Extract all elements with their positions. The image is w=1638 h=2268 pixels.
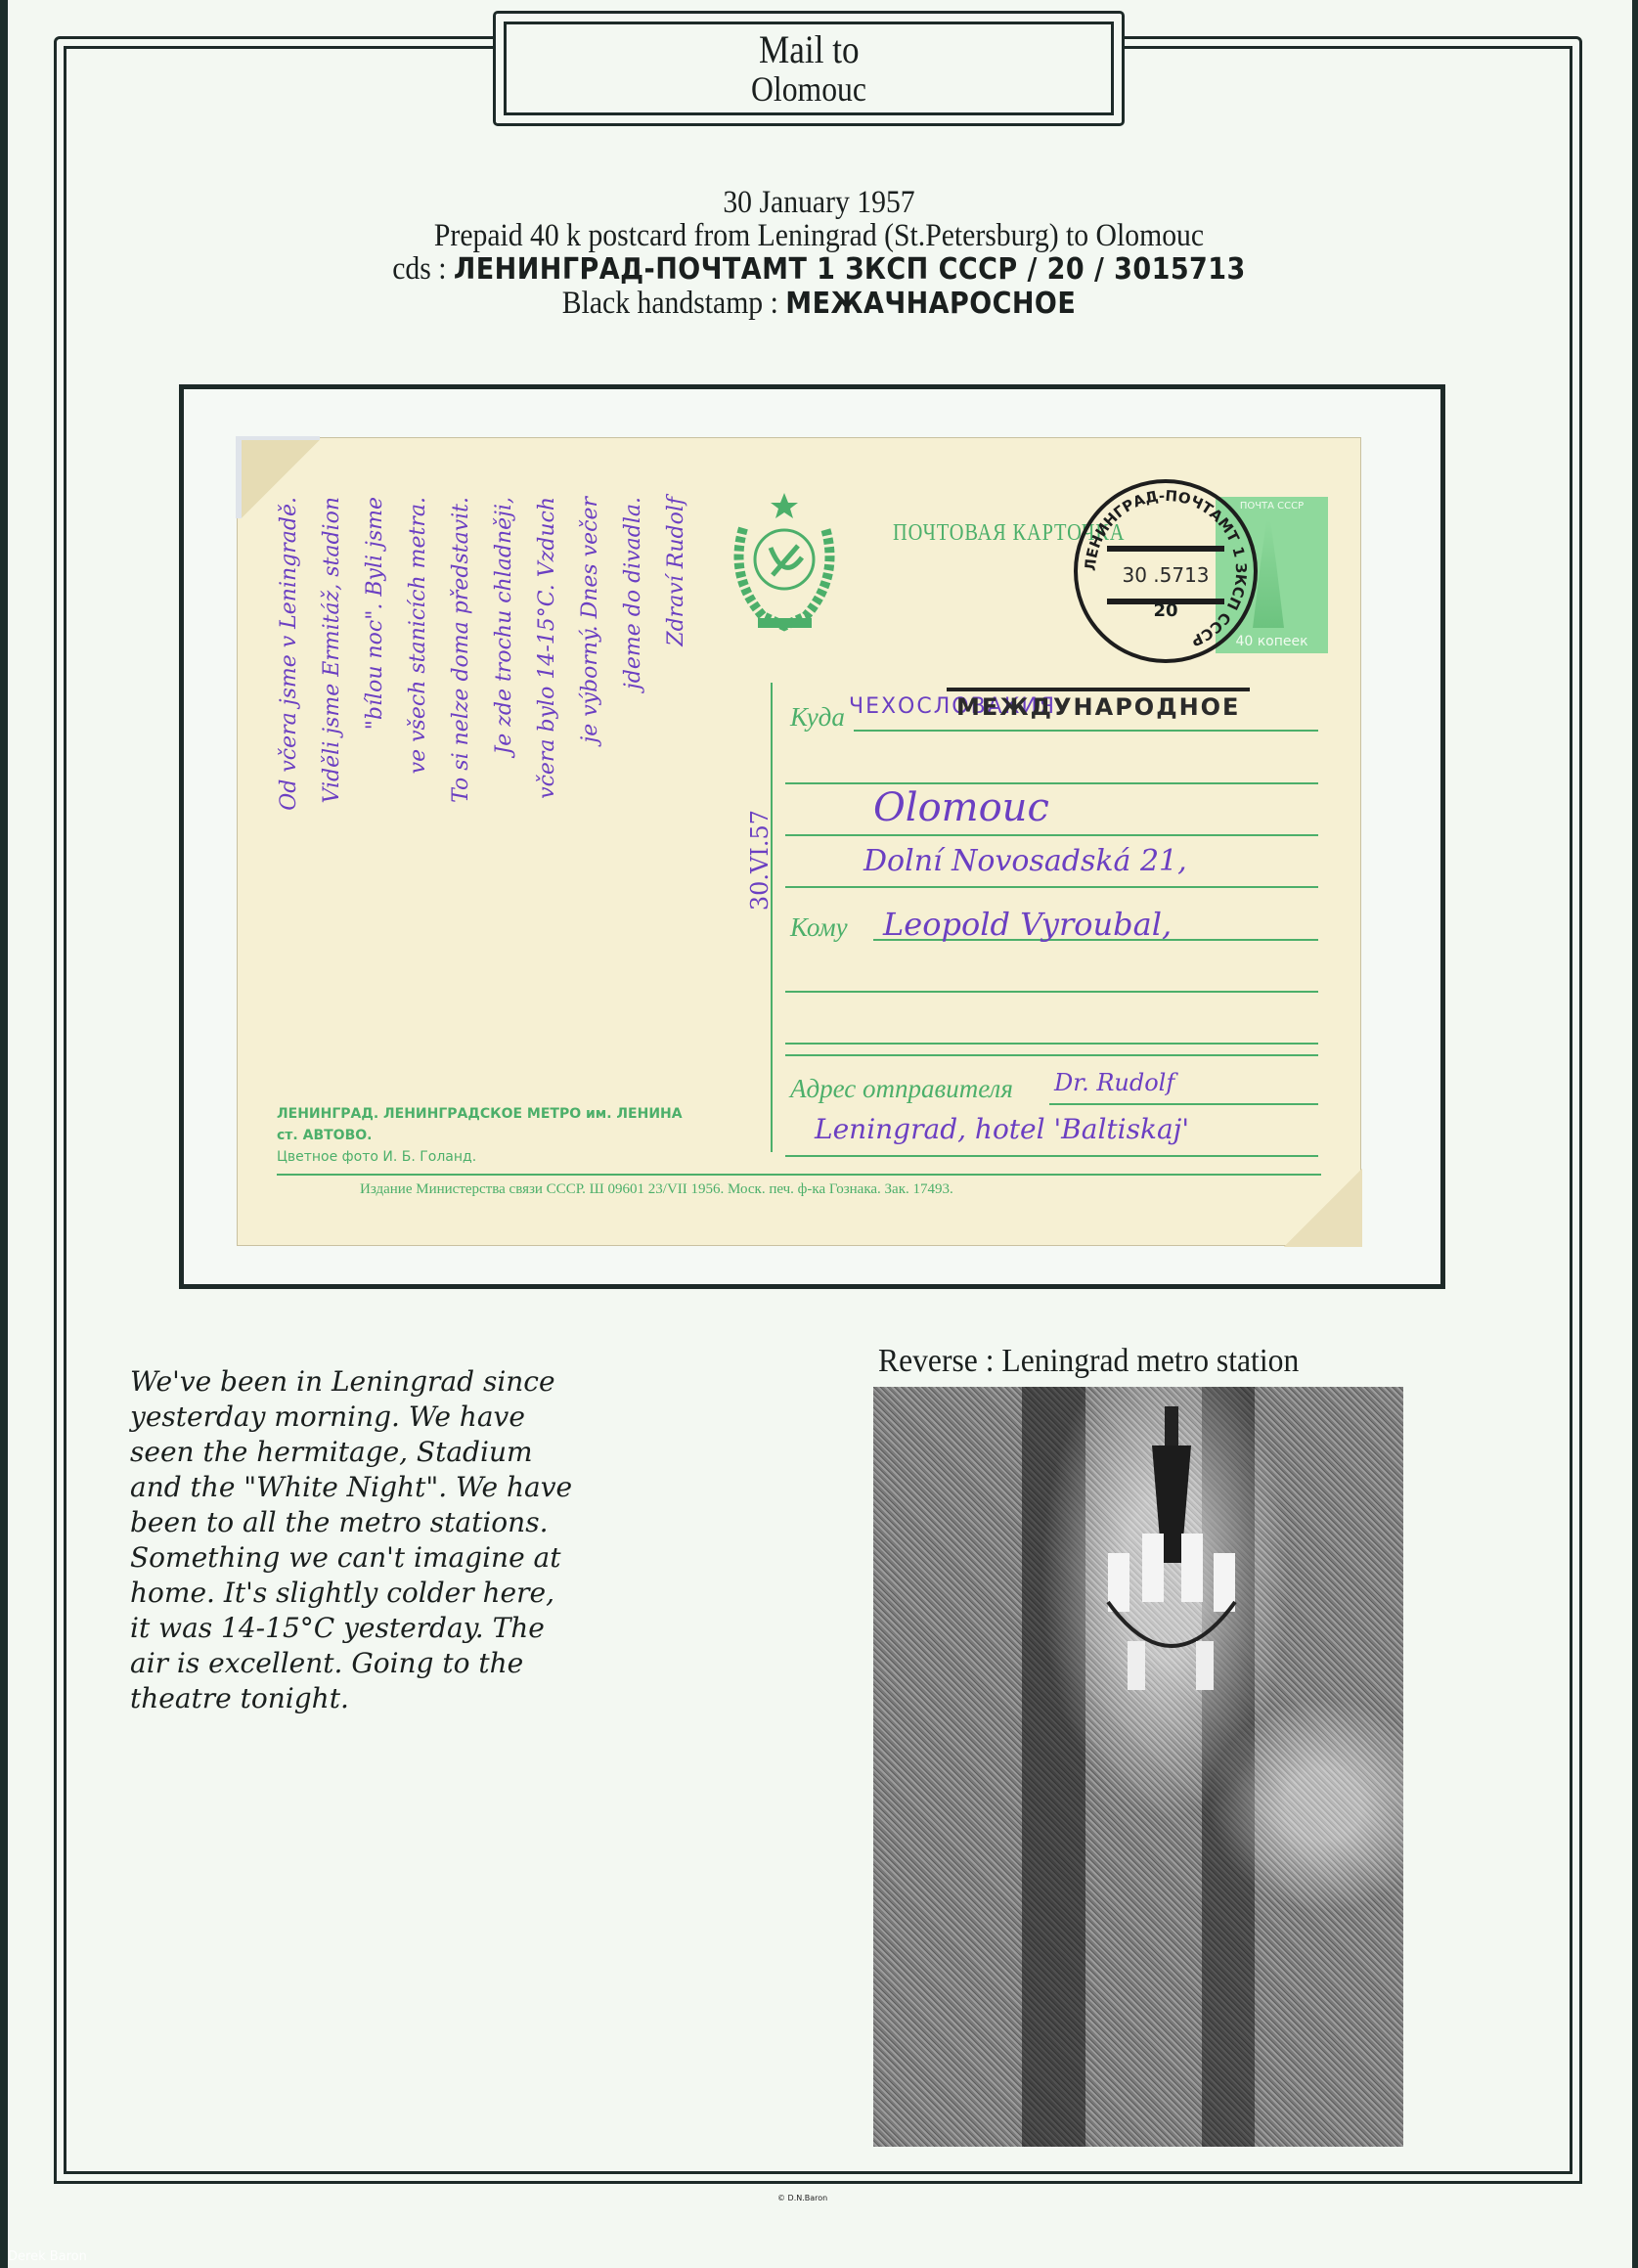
transcript-line: theatre tonight. — [130, 1681, 717, 1716]
postcard-front: ПОЧТОВАЯ КАРТОЧКА ПОЧТА СССР 40 копеек Л… — [238, 438, 1360, 1245]
message-column: je výborný. Dnes večer — [578, 497, 602, 743]
handwritten-sender-name: Dr. Rudolf — [1054, 1069, 1174, 1096]
reverse-label: Reverse : Leningrad metro station — [878, 1343, 1299, 1380]
caption-line: Цветное фото И. Б. Голанд. — [277, 1146, 683, 1168]
address-line — [854, 730, 1318, 732]
handwritten-city: Olomouc — [873, 785, 1049, 830]
address-line — [785, 886, 1318, 888]
bottom-rule — [277, 1174, 1321, 1176]
address-divider — [771, 683, 773, 1152]
label-whom: Кому — [790, 912, 848, 943]
message-transcript: We've been in Leningrad sinceyesterday m… — [130, 1364, 717, 1716]
handwritten-street: Dolní Novosadská 21, — [863, 844, 1187, 878]
address-line — [785, 991, 1318, 993]
copyright: © D.N.Baron — [777, 2194, 827, 2202]
transcript-line: seen the hermitage, Stadium — [130, 1435, 717, 1470]
address-line — [785, 1155, 1318, 1157]
postmark-date: 30 .5713 — [1107, 546, 1224, 604]
transcript-line: home. It's slightly colder here, — [130, 1576, 717, 1611]
transcript-line: and the "White Night". We have — [130, 1470, 717, 1505]
handstamp-prefix: Black handstamp : — [562, 286, 785, 321]
label-where: Куда — [790, 702, 845, 733]
reverse-photo-metro-station — [873, 1387, 1403, 2147]
description-summary: Prepaid 40 k postcard from Leningrad (St… — [170, 219, 1469, 252]
address-line — [785, 1043, 1318, 1045]
message-column: Je zde trochu chladněji, — [492, 497, 516, 755]
message-column: "bílou noc". Byli jsme — [363, 497, 387, 730]
address-line — [785, 1054, 1318, 1056]
ussr-emblem-icon — [724, 489, 846, 636]
transcript-line: We've been in Leningrad since — [130, 1364, 717, 1400]
description-date: 30 January 1957 — [170, 186, 1469, 219]
photo-corner — [1284, 1169, 1362, 1247]
watermark: Derek Baron — [8, 2249, 87, 2264]
page-subtitle: Olomouc — [751, 71, 866, 107]
transcript-line: yesterday morning. We have — [130, 1400, 717, 1435]
scan-edge-right — [1632, 0, 1638, 2268]
address-line — [1049, 1103, 1318, 1105]
scan-edge-left — [0, 0, 8, 2268]
publisher-imprint: Издание Министерства связи СССР. Ш 09601… — [360, 1181, 953, 1198]
message-column: Viděli jsme Ermitáž, stadion — [320, 497, 344, 803]
description-handstamp: Black handstamp : МЕЖАЧНАРОСНОЕ — [170, 287, 1469, 321]
cds-prefix: cds : — [392, 251, 454, 287]
postmark-cds: ЛЕНИНГРАД-ПОЧТАМТ 1 ЗКСП СССР 30 .5713 2… — [1074, 479, 1258, 663]
message-column: To si nelze doma představit. — [449, 497, 473, 803]
description-cds: cds : ЛЕНИНГРАД-ПОЧТАМТ 1 ЗКСП СССР / 20… — [170, 252, 1469, 287]
page-title: Mail to — [759, 30, 860, 69]
transcript-line: air is excellent. Going to the — [130, 1646, 717, 1681]
picture-caption: ЛЕНИНГРАД. ЛЕНИНГРАДСКОЕ МЕТРО им. ЛЕНИН… — [277, 1103, 683, 1168]
handwritten-sender-address: Leningrad, hotel 'Baltiskaj' — [815, 1113, 1189, 1145]
transcript-line: been to all the metro stations. — [130, 1505, 717, 1540]
transcript-line: Something we can't imagine at — [130, 1540, 717, 1576]
message-column: ve všech stanicích metra. — [406, 497, 430, 774]
message-column: Od včera jsme v Leningradě. — [277, 497, 301, 811]
address-line — [785, 834, 1318, 836]
handwritten-date: 30.VI.57 — [746, 810, 774, 911]
cds-value: ЛЕНИНГРАД-ПОЧТАМТ 1 ЗКСП СССР / 20 / 301… — [454, 252, 1246, 287]
caption-line: ЛЕНИНГРАД. ЛЕНИНГРАДСКОЕ МЕТРО им. ЛЕНИН… — [277, 1103, 683, 1125]
message-column: jdeme do divadla. — [621, 497, 645, 689]
title-box: Mail to Olomouc — [493, 11, 1125, 126]
message-column: včera bylo 14-15°C. Vzduch — [535, 497, 559, 799]
chandelier-icon — [1098, 1406, 1245, 1719]
description-block: 30 January 1957 Prepaid 40 k postcard fr… — [98, 186, 1540, 321]
message-column: Zdraví Rudolf — [664, 497, 688, 646]
black-handstamp: МЕЖДУНАРОДНОЕ — [947, 688, 1250, 723]
handstamp-value: МЕЖАЧНАРОСНОЕ — [785, 287, 1076, 321]
address-line — [785, 782, 1318, 784]
handwritten-message: Od včera jsme v Leningradě.Viděli jsme E… — [277, 497, 736, 1123]
label-sender: Адрес отправителя — [790, 1074, 1013, 1104]
postmark-number: 20 — [1078, 600, 1254, 621]
caption-line: ст. АВТОВО. — [277, 1125, 683, 1146]
handwritten-recipient: Leopold Vyroubal, — [883, 906, 1172, 943]
transcript-line: it was 14-15°C yesterday. The — [130, 1611, 717, 1646]
